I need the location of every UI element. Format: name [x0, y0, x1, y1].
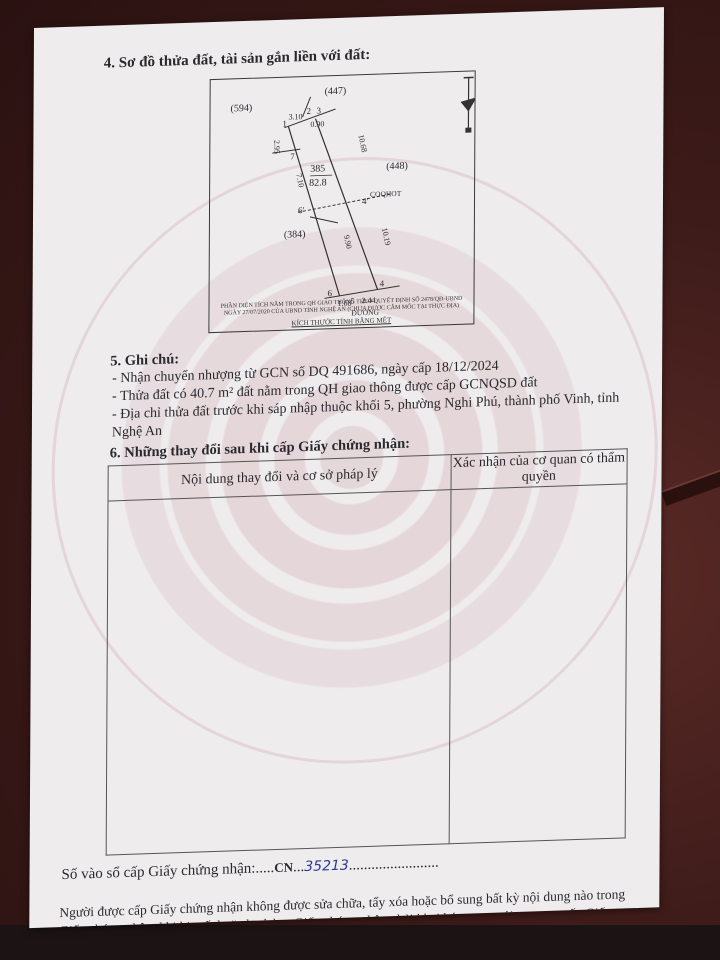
svg-text:4': 4' [362, 196, 369, 206]
change-content-cell [106, 490, 450, 855]
svg-text:2.95: 2.95 [272, 140, 281, 154]
svg-text:10.19: 10.19 [380, 227, 392, 247]
column-authority-confirmation: Xác nhận của cơ quan có thẩm quyền [451, 449, 628, 490]
registry-label: Số vào sổ cấp Giấy chứng nhận: [62, 861, 256, 883]
svg-text:(448): (448) [386, 161, 408, 173]
svg-text:(384): (384) [284, 229, 306, 241]
changes-table: Nội dung thay đổi và cơ sở pháp lý Xác n… [106, 448, 628, 855]
svg-text:6': 6' [298, 205, 305, 215]
land-certificate-page: 4. Sơ đồ thửa đất, tài sản gắn liền với … [29, 7, 664, 928]
svg-text:9.90: 9.90 [342, 234, 354, 250]
svg-text:COQHOT: COQHOT [370, 189, 402, 199]
svg-text:385: 385 [310, 163, 325, 174]
svg-text:(447): (447) [325, 86, 347, 98]
registry-prefix: CN [274, 859, 293, 875]
desk-foreground [0, 925, 720, 960]
authority-confirmation-cell [449, 484, 627, 844]
registry-handwritten-number: 35213 [304, 858, 349, 875]
svg-text:10.68: 10.68 [356, 134, 368, 154]
parcel-map: (447) (594) (448) (384) 385 82.8 1 2 3 7 [208, 70, 475, 333]
dots: ..... [255, 860, 274, 877]
note-line-4: Nghệ An [112, 424, 162, 442]
dots: ........................ [349, 855, 439, 874]
svg-text:82.8: 82.8 [309, 177, 327, 189]
svg-text:3: 3 [316, 105, 321, 115]
svg-text:4: 4 [380, 278, 385, 288]
section-4-heading: 4. Sơ đồ thửa đất, tài sản gắn liền với … [104, 47, 371, 73]
svg-text:1: 1 [282, 119, 287, 129]
registry-number: Số vào sổ cấp Giấy chứng nhận:.....CN...… [62, 855, 439, 885]
svg-text:6: 6 [328, 288, 333, 298]
dots: ... [293, 859, 304, 875]
svg-text:0.90: 0.90 [310, 119, 324, 128]
north-arrow-icon [460, 77, 474, 133]
svg-text:3.10: 3.10 [288, 112, 302, 121]
parcel-diagram: (447) (594) (448) (384) 385 82.8 1 2 3 7 [209, 71, 474, 332]
svg-text:(594): (594) [231, 103, 253, 115]
svg-text:7: 7 [290, 151, 295, 161]
section-5-heading: 5. Ghi chú: [110, 351, 179, 370]
svg-text:7.10: 7.10 [294, 173, 306, 189]
svg-text:2: 2 [306, 106, 311, 116]
